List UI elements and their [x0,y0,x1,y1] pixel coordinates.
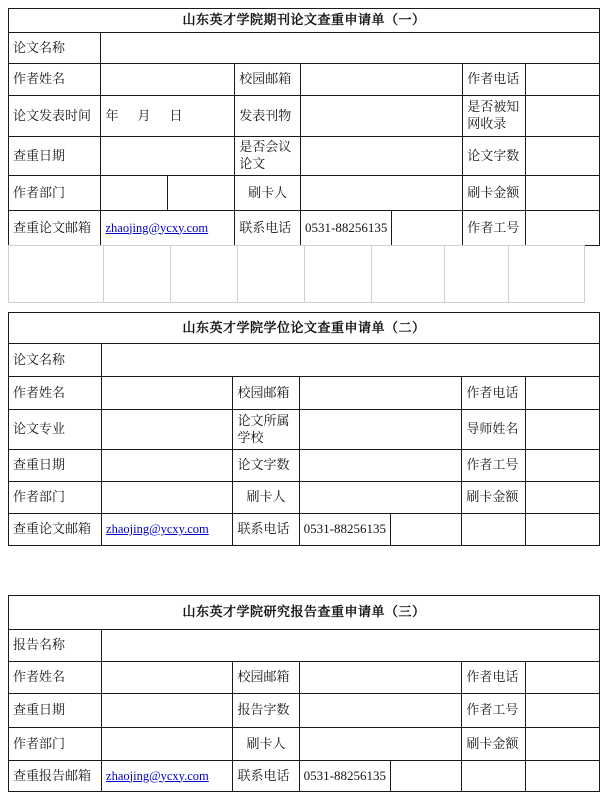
table-row: 查重论文邮箱zhaojing@ycxy.com联系电话0531-88256135… [9,211,600,246]
empty-input-cell [101,137,235,176]
research-report-form-table: 山东英才学院研究报告查重申请单（三）报告名称作者姓名校园邮箱作者电话查重日期报告… [8,595,600,792]
field-label: 作者工号 [462,450,525,482]
field-label: 校园邮箱 [235,64,301,96]
email-value-cell: zhaojing@ycxy.com [101,211,235,246]
field-label: 刷卡人 [233,728,299,761]
empty-input-cell [462,514,525,546]
empty-input-cell [102,344,600,377]
field-label: 年 月 日 [101,96,235,137]
phone-number: 0531-88256135 [305,220,387,235]
empty-input-cell [102,482,233,514]
table-row: 作者姓名校园邮箱作者电话 [9,377,600,410]
field-label: 查重日期 [9,694,102,728]
empty-input-cell [102,694,233,728]
empty-grid-cell [237,245,305,303]
field-label: 作者部门 [9,728,102,761]
table-row: 查重日期论文字数作者工号 [9,450,600,482]
field-label: 查重日期 [9,137,101,176]
field-label: 作者姓名 [9,377,102,410]
empty-input-cell [301,96,463,137]
field-label: 校园邮箱 [233,377,299,410]
field-label: 作者电话 [462,377,525,410]
field-label: 查重论文邮箱 [9,514,102,546]
empty-input-cell [301,64,463,96]
empty-input-cell [526,137,600,176]
table-title: 山东英才学院研究报告查重申请单（三） [9,596,600,630]
empty-input-cell [390,761,461,792]
field-label: 论文所属学校 [233,410,299,450]
empty-input-cell [299,728,462,761]
empty-input-cell [299,450,462,482]
table-row: 论文名称 [9,344,600,377]
empty-input-cell [525,450,599,482]
table-row: 论文专业论文所属学校导师姓名 [9,410,600,450]
degree-thesis-form-table: 山东英才学院学位论文查重申请单（二）论文名称作者姓名校园邮箱作者电话论文专业论文… [8,312,600,546]
field-label: 校园邮箱 [233,662,299,694]
field-label: 作者部门 [9,176,101,211]
empty-input-cell [102,630,600,662]
field-label: 报告字数 [233,694,299,728]
phone-value-cell: 0531-88256135 [301,211,392,246]
empty-input-cell [102,662,233,694]
table-row: 查重报告邮箱zhaojing@ycxy.com联系电话0531-88256135 [9,761,600,792]
empty-input-cell [526,211,600,246]
empty-grid-cell [8,245,104,303]
empty-input-cell [526,96,600,137]
empty-input-cell [525,377,599,410]
email-value-cell: zhaojing@ycxy.com [102,761,233,792]
field-label: 联系电话 [235,211,301,246]
empty-input-cell [390,514,461,546]
field-label: 作者工号 [463,211,526,246]
field-label: 刷卡人 [233,482,299,514]
phone-value-cell: 0531-88256135 [299,514,390,546]
table-title: 山东英才学院期刊论文查重申请单（一） [9,9,600,33]
email-link[interactable]: zhaojing@ycxy.com [105,221,208,235]
empty-input-cell [525,514,599,546]
table-row: 查重日期是否会议论文论文字数 [9,137,600,176]
field-label: 论文名称 [9,33,101,64]
empty-grid-cell [170,245,238,303]
table-row: 报告名称 [9,630,600,662]
table-row: 查重日期报告字数作者工号 [9,694,600,728]
field-label: 刷卡金额 [463,176,526,211]
table-row: 论文名称 [9,33,600,64]
empty-grid-cell [444,245,509,303]
table-title: 山东英才学院学位论文查重申请单（二） [9,313,600,344]
field-label: 刷卡金额 [462,482,525,514]
field-label: 联系电话 [233,514,299,546]
field-label: 论文字数 [463,137,526,176]
empty-input-cell [299,410,462,450]
field-label: 查重论文邮箱 [9,211,101,246]
field-label: 作者电话 [463,64,526,96]
journal-paper-form-table: 山东英才学院期刊论文查重申请单（一）论文名称作者姓名校园邮箱作者电话论文发表时间… [8,8,600,246]
phone-number: 0531-88256135 [304,521,386,536]
empty-input-cell [301,176,463,211]
empty-input-cell [301,137,463,176]
field-label: 查重日期 [9,450,102,482]
empty-grid-row [8,245,585,303]
field-label: 论文发表时间 [9,96,101,137]
table-row: 山东英才学院期刊论文查重申请单（一） [9,9,600,33]
empty-input-cell [102,728,233,761]
empty-input-cell [102,377,233,410]
empty-input-cell [101,64,235,96]
empty-input-cell [525,728,599,761]
empty-input-cell [102,410,233,450]
field-label: 论文名称 [9,344,102,377]
table-row: 作者部门刷卡人刷卡金额 [9,482,600,514]
empty-grid-cell [304,245,372,303]
field-label: 发表刊物 [235,96,301,137]
table-row: 作者部门刷卡人刷卡金额 [9,728,600,761]
empty-input-cell [102,450,233,482]
field-label: 作者工号 [462,694,525,728]
empty-input-cell [101,33,600,64]
field-label: 导师姓名 [462,410,525,450]
empty-input-cell [462,761,525,792]
empty-input-cell [168,176,235,211]
empty-input-cell [392,211,463,246]
empty-input-cell [525,694,599,728]
empty-input-cell [299,662,462,694]
empty-input-cell [299,377,462,410]
field-label: 查重报告邮箱 [9,761,102,792]
field-label: 是否被知网收录 [463,96,526,137]
empty-input-cell [526,64,600,96]
document-page: 山东英才学院期刊论文查重申请单（一）论文名称作者姓名校园邮箱作者电话论文发表时间… [0,0,600,794]
empty-grid-cell [371,245,445,303]
empty-input-cell [526,176,600,211]
field-label: 报告名称 [9,630,102,662]
table-row: 作者姓名校园邮箱作者电话 [9,64,600,96]
field-label: 是否会议论文 [235,137,301,176]
empty-grid-cell [103,245,171,303]
table-row: 查重论文邮箱zhaojing@ycxy.com联系电话0531-88256135 [9,514,600,546]
empty-input-cell [299,694,462,728]
empty-input-cell [101,176,168,211]
empty-input-cell [525,761,599,792]
email-link[interactable]: zhaojing@ycxy.com [106,769,209,783]
field-label: 作者姓名 [9,662,102,694]
empty-input-cell [525,410,599,450]
field-label: 作者电话 [462,662,525,694]
table-row: 论文发表时间年 月 日发表刊物是否被知网收录 [9,96,600,137]
field-label: 刷卡金额 [462,728,525,761]
phone-number: 0531-88256135 [304,768,386,783]
email-link[interactable]: zhaojing@ycxy.com [106,522,209,536]
table-row: 山东英才学院学位论文查重申请单（二） [9,313,600,344]
empty-grid-cell [508,245,585,303]
table-row: 作者姓名校园邮箱作者电话 [9,662,600,694]
field-label: 作者姓名 [9,64,101,96]
table-row: 作者部门刷卡人刷卡金额 [9,176,600,211]
empty-input-cell [299,482,462,514]
field-label: 联系电话 [233,761,299,792]
email-value-cell: zhaojing@ycxy.com [102,514,233,546]
table-row: 山东英才学院研究报告查重申请单（三） [9,596,600,630]
field-label: 论文专业 [9,410,102,450]
field-label: 论文字数 [233,450,299,482]
empty-input-cell [525,662,599,694]
empty-input-cell [525,482,599,514]
field-label: 刷卡人 [235,176,301,211]
field-label: 作者部门 [9,482,102,514]
phone-value-cell: 0531-88256135 [299,761,390,792]
